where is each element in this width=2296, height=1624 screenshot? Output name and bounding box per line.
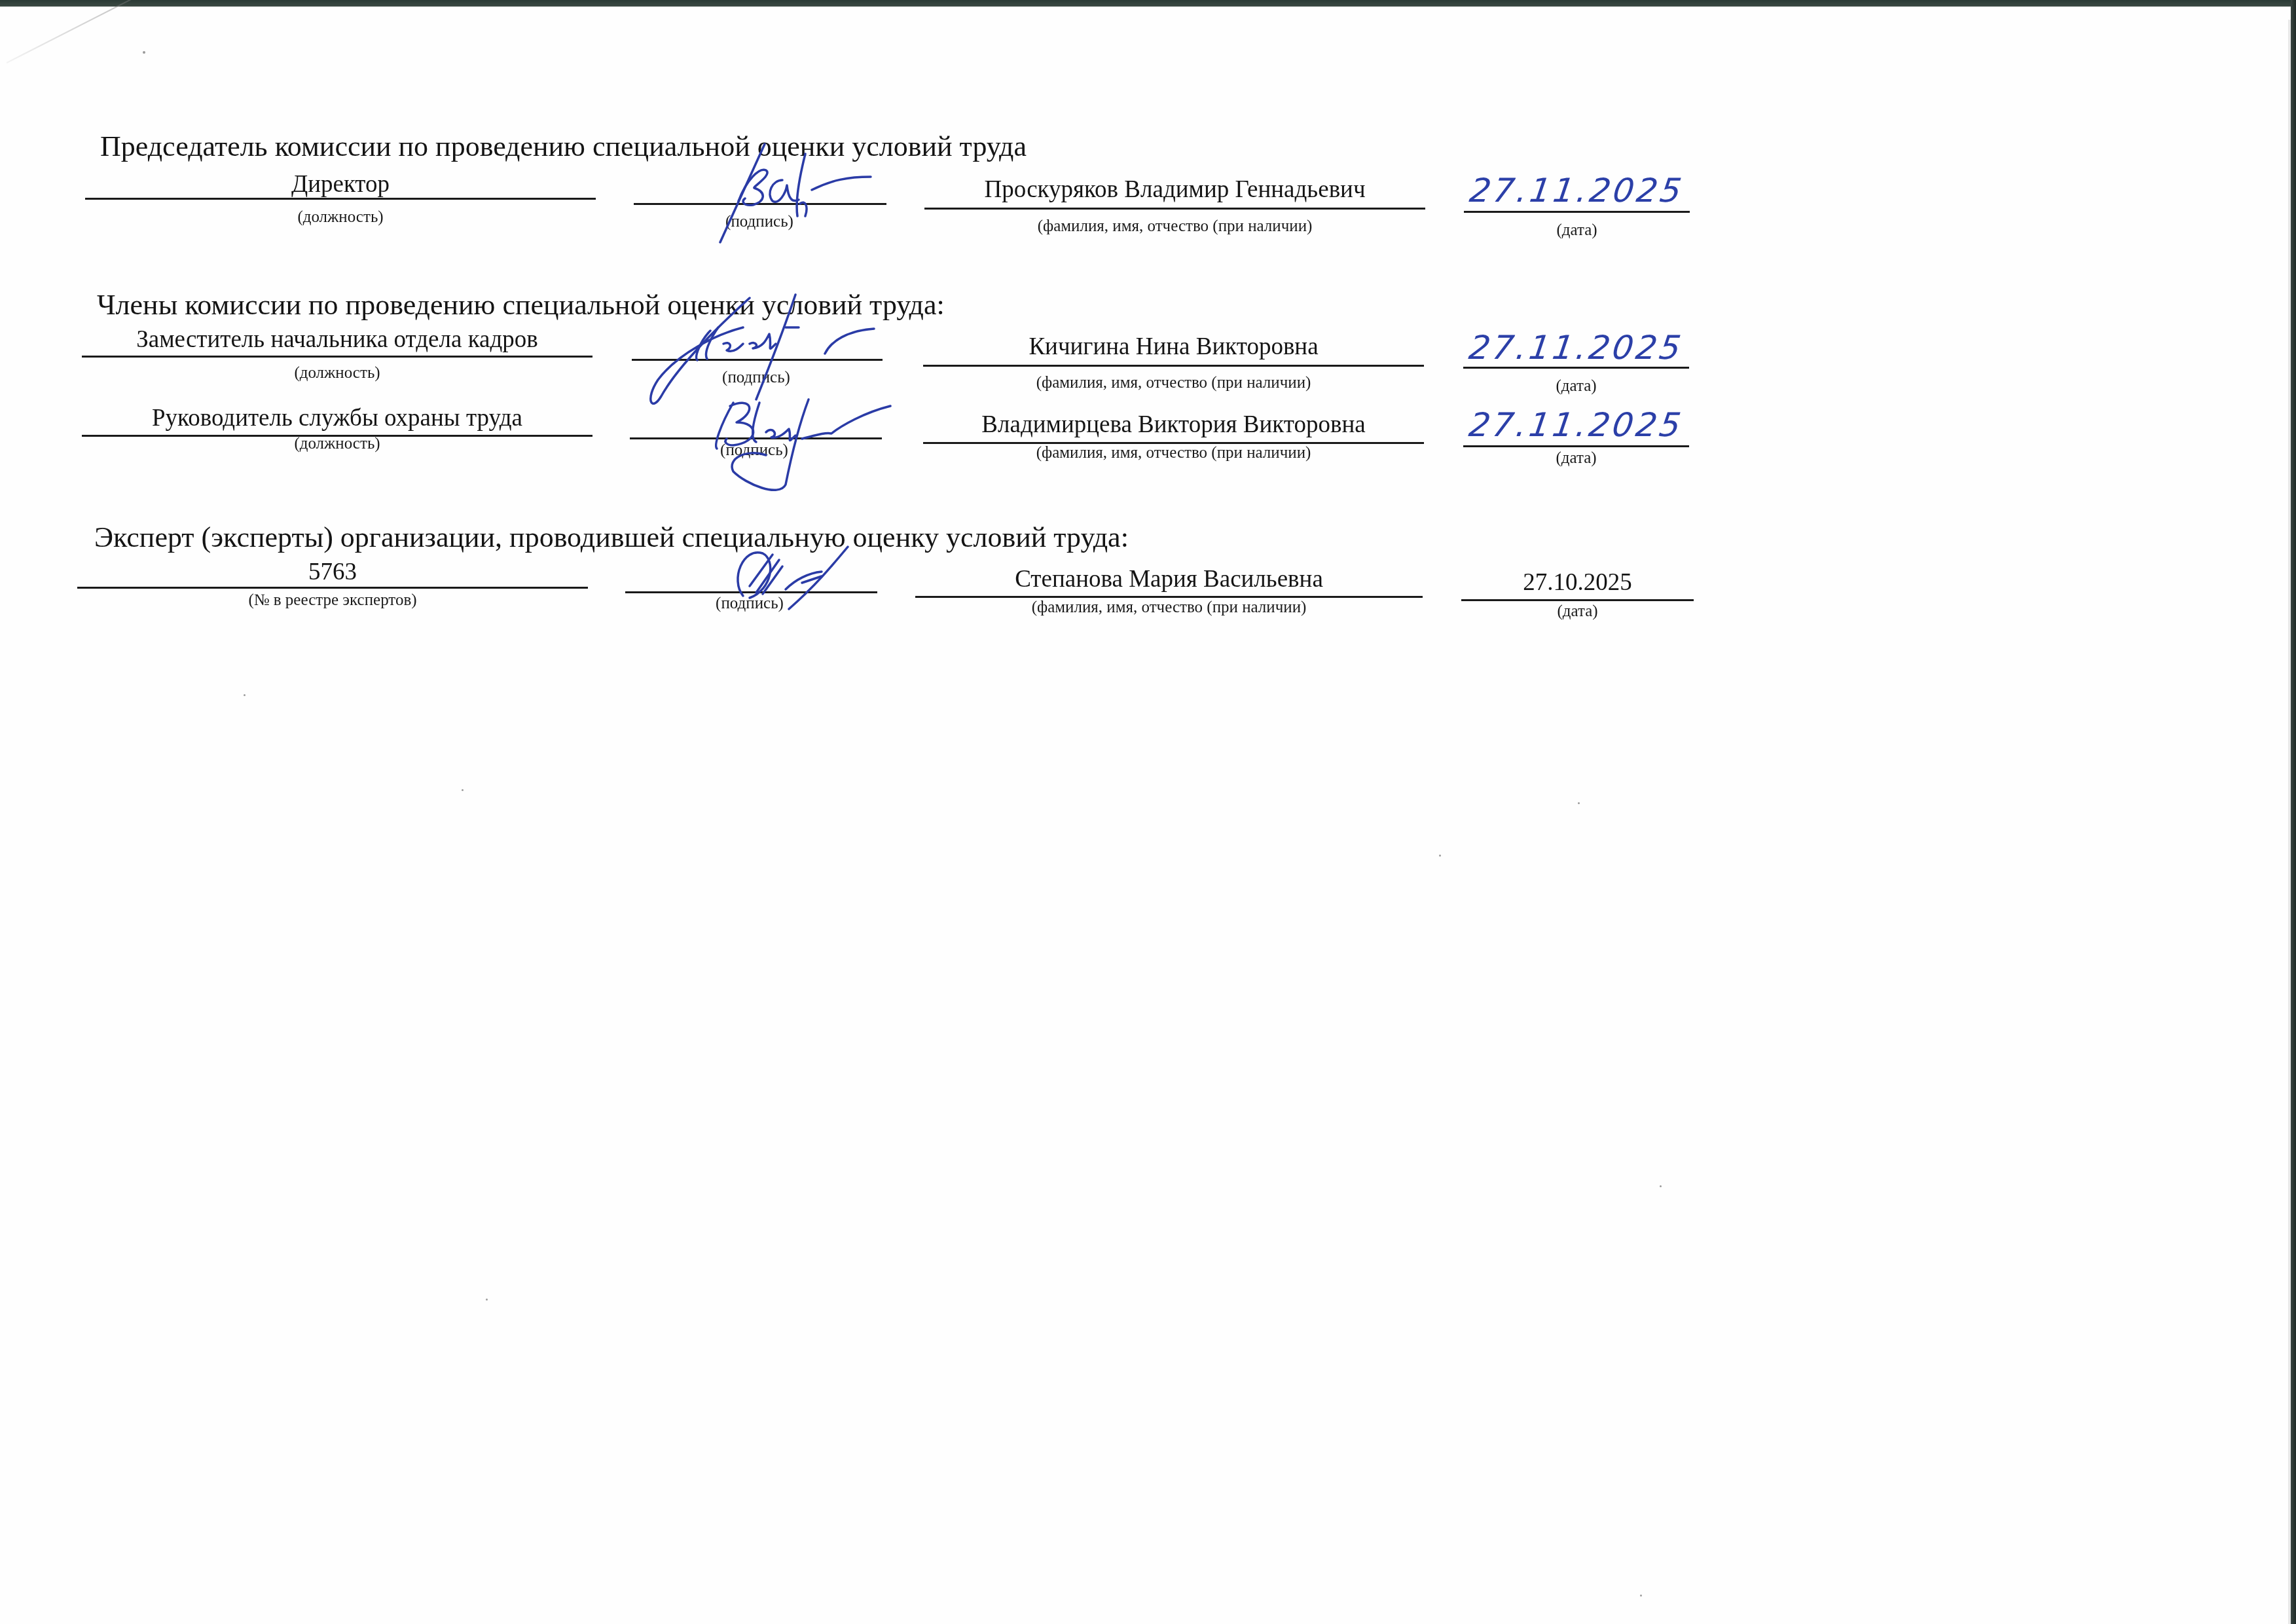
chairman-signature-icon [707, 141, 890, 246]
full-name-caption: (фамилия, имя, отчество (при наличии) [924, 217, 1425, 236]
registry-line [77, 587, 588, 589]
date-caption: (дата) [1463, 377, 1689, 396]
chairman-date: 27.11.2025 [1461, 172, 1692, 210]
expert-date: 27.10.2025 [1461, 568, 1694, 597]
member-2-signature-icon [694, 386, 903, 491]
full-name-line [915, 596, 1423, 598]
expert-registry-number: 5763 [77, 558, 588, 586]
member-date: 27.11.2025 [1461, 406, 1692, 444]
position-caption: (должность) [85, 208, 596, 227]
date-caption: (дата) [1461, 602, 1694, 621]
scan-speck [143, 51, 145, 54]
expert-heading: Эксперт (эксперты) организации, проводив… [94, 521, 1129, 554]
scan-border-top [0, 0, 2296, 7]
registry-caption: (№ в реестре экспертов) [77, 591, 588, 610]
scan-speck [244, 694, 246, 696]
member-date: 27.11.2025 [1461, 329, 1692, 367]
full-name-caption: (фамилия, имя, отчество (при наличии) [915, 599, 1423, 617]
date-line [1463, 367, 1689, 369]
scan-border-right [2291, 0, 2296, 1624]
date-line [1463, 445, 1689, 447]
member-position: Заместитель начальника отдела кадров [82, 325, 592, 354]
chairman-position: Директор [85, 170, 596, 198]
scan-speck [1439, 855, 1441, 857]
member-full-name: Владимирцева Виктория Викторовна [923, 411, 1424, 439]
member-full-name: Кичигина Нина Викторовна [923, 333, 1424, 361]
scan-edge-shadow [2288, 20, 2291, 1624]
date-line [1461, 599, 1694, 601]
full-name-line [924, 208, 1425, 210]
scan-speck [486, 1299, 488, 1301]
page-fold-crease [7, 0, 182, 64]
expert-full-name: Степанова Мария Васильевна [915, 565, 1423, 593]
position-caption: (должность) [82, 435, 592, 453]
member-position: Руководитель службы охраны труда [82, 404, 592, 432]
full-name-line [923, 365, 1424, 367]
position-line [85, 198, 596, 200]
position-caption: (должность) [82, 364, 592, 382]
full-name-caption: (фамилия, имя, отчество (при наличии) [923, 444, 1424, 462]
scan-speck [462, 789, 464, 791]
scan-speck [1578, 802, 1580, 804]
date-caption: (дата) [1463, 449, 1689, 468]
scan-speck [1660, 1185, 1662, 1187]
full-name-caption: (фамилия, имя, отчество (при наличии) [923, 374, 1424, 392]
chairman-full-name: Проскуряков Владимир Геннадьевич [924, 175, 1425, 204]
expert-signature-icon [723, 540, 854, 612]
position-line [82, 356, 592, 358]
date-caption: (дата) [1464, 221, 1690, 240]
date-line [1464, 211, 1690, 213]
scan-speck [1640, 1595, 1642, 1596]
